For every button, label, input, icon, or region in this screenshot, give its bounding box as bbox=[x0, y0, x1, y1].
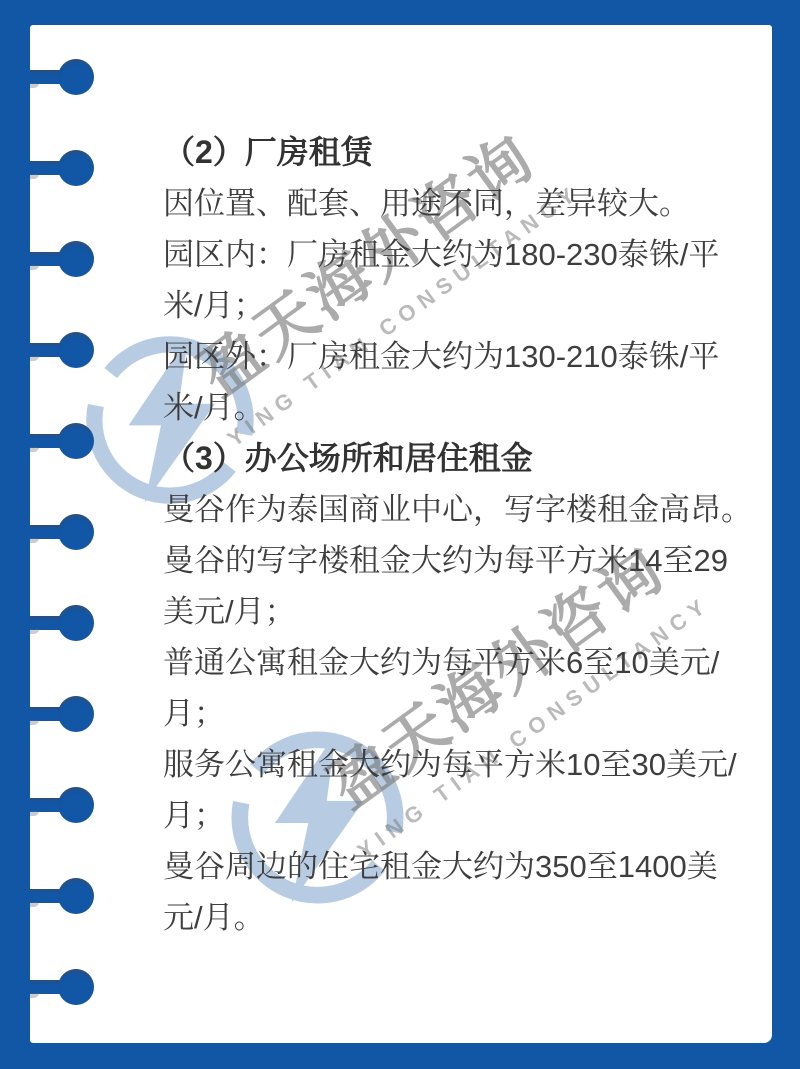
text-line: 曼谷作为泰国商业中心，写字楼租金高昂。 bbox=[163, 484, 752, 535]
binder-ring bbox=[30, 605, 96, 641]
binder-ring bbox=[30, 969, 96, 1005]
ring-knob bbox=[58, 969, 94, 1005]
binder-ring bbox=[30, 696, 96, 732]
text-line: 米/月； bbox=[163, 280, 752, 331]
text-line: 米/月。 bbox=[163, 382, 752, 433]
binder-ring bbox=[30, 787, 96, 823]
ring-knob bbox=[58, 332, 94, 368]
text-line: 曼谷周边的住宅租金大约为350至1400美 bbox=[163, 841, 752, 892]
ring-knob bbox=[58, 150, 94, 186]
binder-ring bbox=[30, 241, 96, 277]
section-heading: （2）厂房租赁 bbox=[163, 127, 752, 178]
text-line: 月； bbox=[163, 688, 752, 739]
binder-ring bbox=[30, 878, 96, 914]
binder-ring bbox=[30, 514, 96, 550]
text-line: 普通公寓租金大约为每平方米6至10美元/ bbox=[163, 637, 752, 688]
ring-knob bbox=[58, 241, 94, 277]
article-text: （2）厂房租赁因位置、配套、用途不同，差异较大。园区内：厂房租金大约为180-2… bbox=[163, 127, 752, 943]
binder-ring bbox=[30, 332, 96, 368]
notebook-page: 盈天海外咨询 YING TIAN CONSULTANCY 盈天海外咨询 YING… bbox=[30, 25, 772, 1043]
ring-knob bbox=[58, 59, 94, 95]
text-line: 曼谷的写字楼租金大约为每平方米14至29 bbox=[163, 535, 752, 586]
text-line: 元/月。 bbox=[163, 892, 752, 943]
text-line: 因位置、配套、用途不同，差异较大。 bbox=[163, 178, 752, 229]
ring-knob bbox=[58, 787, 94, 823]
text-line: 园区外：厂房租金大约为130-210泰铢/平 bbox=[163, 331, 752, 382]
text-line: 园区内：厂房租金大约为180-230泰铢/平 bbox=[163, 229, 752, 280]
binder-ring bbox=[30, 150, 96, 186]
text-line: 月； bbox=[163, 790, 752, 841]
ring-knob bbox=[58, 605, 94, 641]
text-line: 服务公寓租金大约为每平方米10至30美元/ bbox=[163, 739, 752, 790]
ring-knob bbox=[58, 423, 94, 459]
section-heading: （3）办公场所和居住租金 bbox=[163, 433, 752, 484]
ring-knob bbox=[58, 696, 94, 732]
ring-knob bbox=[58, 878, 94, 914]
ring-knob bbox=[58, 514, 94, 550]
binder-ring bbox=[30, 423, 96, 459]
poster-frame: 盈天海外咨询 YING TIAN CONSULTANCY 盈天海外咨询 YING… bbox=[0, 0, 800, 1069]
binder-ring bbox=[30, 59, 96, 95]
text-line: 美元/月； bbox=[163, 586, 752, 637]
